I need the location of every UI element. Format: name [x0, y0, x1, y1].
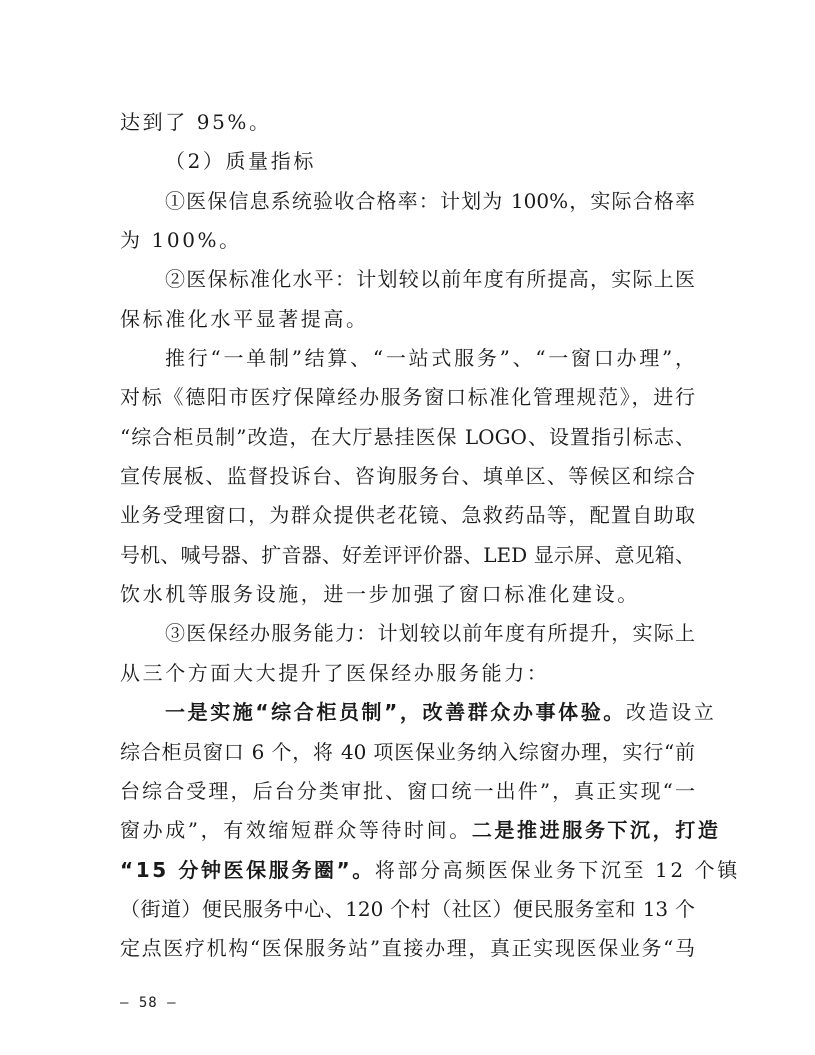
text-line-mixed: 一是实施“综合柜员制”，改善群众办事体验。改造设立 — [120, 693, 695, 732]
bold-lead-phrase: “15 分钟医保服务圈”。 — [120, 858, 375, 882]
body-text: 达到了 95%。 （2）质量指标 ①医保信息系统验收合格率：计划为 100%，实… — [120, 103, 695, 969]
bold-lead-phrase: 二是推进服务下沉，打造 — [472, 818, 721, 842]
text-line: 台综合受理，后台分类审批、窗口统一出件”，真正实现“一 — [120, 772, 695, 811]
text-line: 综合柜员窗口 6 个，将 40 项医保业务纳入综窗办理，实行“前 — [120, 733, 695, 772]
text-line: 宣传展板、监督投诉台、咨询服务台、填单区、等候区和综合 — [120, 457, 695, 496]
text-line: （街道）便民服务中心、120 个村（社区）便民服务室和 13 个 — [120, 890, 695, 929]
text-line: 从三个方面大大提升了医保经办服务能力： — [120, 654, 695, 693]
text-line: 达到了 95%。 — [120, 103, 695, 142]
text-line: ①医保信息系统验收合格率：计划为 100%，实际合格率 — [120, 182, 695, 221]
bold-lead-phrase: 一是实施“综合柜员制”，改善群众办事体验。 — [165, 700, 626, 724]
text-line: 饮水机等服务设施，进一步加强了窗口标准化建设。 — [120, 575, 695, 614]
section-heading-quality-indicators: （2）质量指标 — [120, 142, 695, 181]
text-line: 定点医疗机构“医保服务站”直接办理，真正实现医保业务“马 — [120, 929, 695, 968]
text-line: 业务受理窗口，为群众提供老花镜、急救药品等，配置自助取 — [120, 496, 695, 535]
text-line: ②医保标准化水平：计划较以前年度有所提高，实际上医 — [120, 260, 695, 299]
text-line: 号机、喊号器、扩音器、好差评评价器、LED 显示屏、意见箱、 — [120, 536, 695, 575]
text-line: 推行“一单制”结算、“一站式服务”、“一窗口办理”， — [120, 339, 695, 378]
text-span: 窗办成”，有效缩短群众等待时间。 — [120, 818, 472, 842]
text-span: 改造设立 — [626, 700, 716, 724]
text-line-mixed: 窗办成”，有效缩短群众等待时间。二是推进服务下沉，打造 — [120, 811, 695, 850]
text-line: 保标准化水平显著提高。 — [120, 300, 695, 339]
text-line: 为 100%。 — [120, 221, 695, 260]
text-span: 将部分高频医保业务下沉至 12 个镇 — [375, 858, 740, 882]
text-line: “综合柜员制”改造，在大厅悬挂医保 LOGO、设置指引标志、 — [120, 418, 695, 457]
document-page: 达到了 95%。 （2）质量指标 ①医保信息系统验收合格率：计划为 100%，实… — [0, 0, 815, 1055]
page-number: — 58 — — [120, 995, 177, 1011]
text-line-mixed: “15 分钟医保服务圈”。将部分高频医保业务下沉至 12 个镇 — [120, 851, 695, 890]
text-line: ③医保经办服务能力：计划较以前年度有所提升，实际上 — [120, 614, 695, 653]
text-line: 对标《德阳市医疗保障经办服务窗口标准化管理规范》，进行 — [120, 378, 695, 417]
